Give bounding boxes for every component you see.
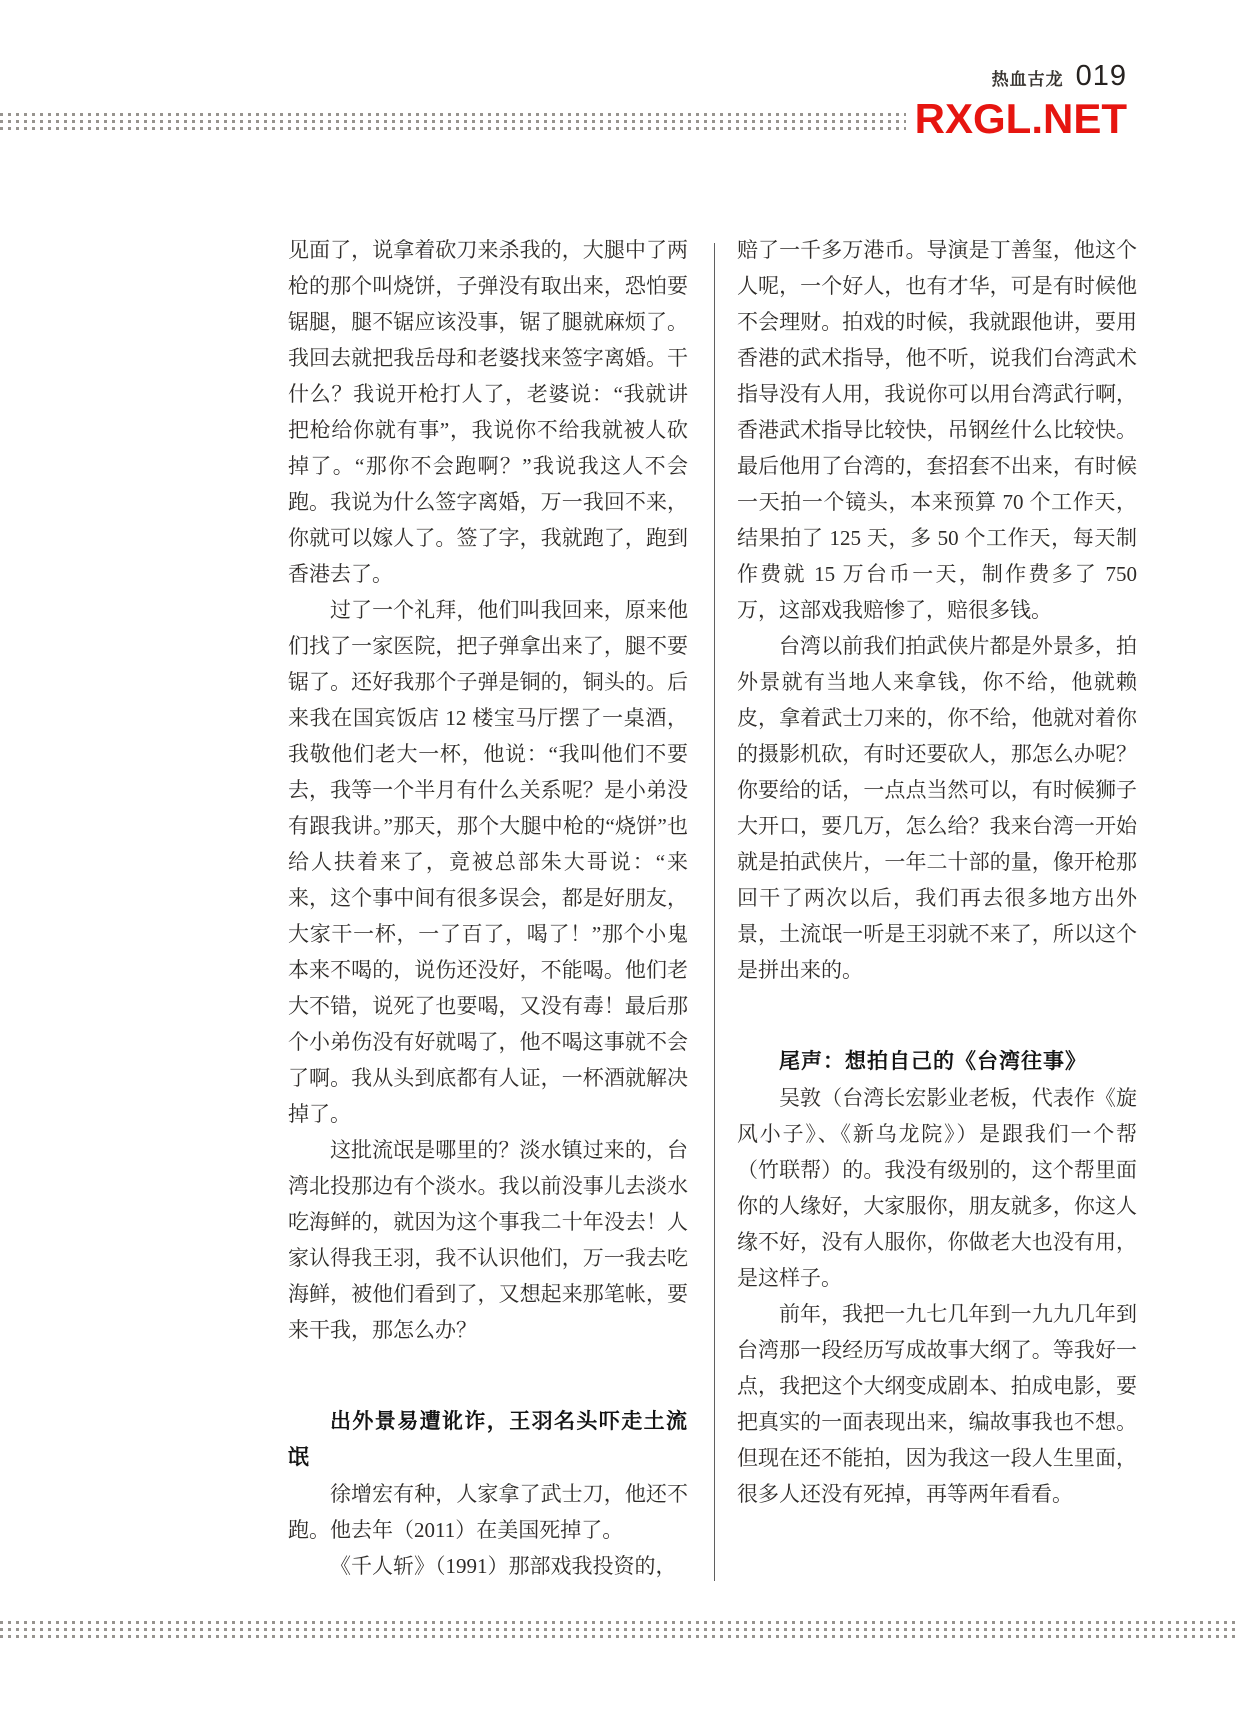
- paragraph: 见面了，说拿着砍刀来杀我的，大腿中了两枪的那个叫烧饼，子弹没有取出来，恐怕要锯腿…: [288, 232, 688, 592]
- section-heading-right: 尾声：想拍自己的《台湾往事》: [737, 1044, 1137, 1080]
- right-column: 赔了一千多万港币。导演是丁善玺，他这个人呢，一个好人，也有才华，可是有时候他不会…: [737, 232, 1137, 1512]
- page-header: 热血古龙 019 RXGL.NET: [915, 60, 1127, 141]
- paragraph: 《千人斩》（1991）那部戏我投资的，: [288, 1548, 688, 1584]
- paragraph: 吴敦（台湾长宏影业老板，代表作《旋风小子》、《新乌龙院》）是跟我们一个帮（竹联帮…: [737, 1080, 1137, 1296]
- section-heading-left: 出外景易遭讹诈，王羽名头吓走土流氓: [288, 1404, 688, 1476]
- column-divider: [714, 243, 715, 1581]
- paragraph: 这批流氓是哪里的？淡水镇过来的，台湾北投那边有个淡水。我以前没事儿去淡水吃海鲜的…: [288, 1132, 688, 1348]
- page-number: 019: [1076, 60, 1127, 92]
- paragraph: 过了一个礼拜，他们叫我回来，原来他们找了一家医院，把子弹拿出来了，腿不要锯了。还…: [288, 592, 688, 1132]
- magazine-page: 热血古龙 019 RXGL.NET 见面了，说拿着砍刀来杀我的，大腿中了两枪的那…: [0, 0, 1240, 1712]
- bottom-dotted-border: [0, 1621, 1240, 1638]
- paragraph: 台湾以前我们拍武侠片都是外景多，拍外景就有当地人来拿钱，你不给，他就赖皮，拿着武…: [737, 628, 1137, 988]
- paragraph: 赔了一千多万港币。导演是丁善玺，他这个人呢，一个好人，也有才华，可是有时候他不会…: [737, 232, 1137, 628]
- paragraph: 前年，我把一九七几年到一九九几年到台湾那一段经历写成故事大纲了。等我好一点，我把…: [737, 1296, 1137, 1512]
- left-column: 见面了，说拿着砍刀来杀我的，大腿中了两枪的那个叫烧饼，子弹没有取出来，恐怕要锯腿…: [288, 232, 688, 1584]
- paragraph: 徐增宏有种，人家拿了武士刀，他还不跑。他去年（2011）在美国死掉了。: [288, 1476, 688, 1548]
- site-logo: RXGL.NET: [915, 97, 1127, 141]
- page-header-row: 热血古龙 019: [915, 60, 1127, 96]
- section-label: 热血古龙: [992, 64, 1064, 96]
- top-dotted-border: [0, 113, 906, 130]
